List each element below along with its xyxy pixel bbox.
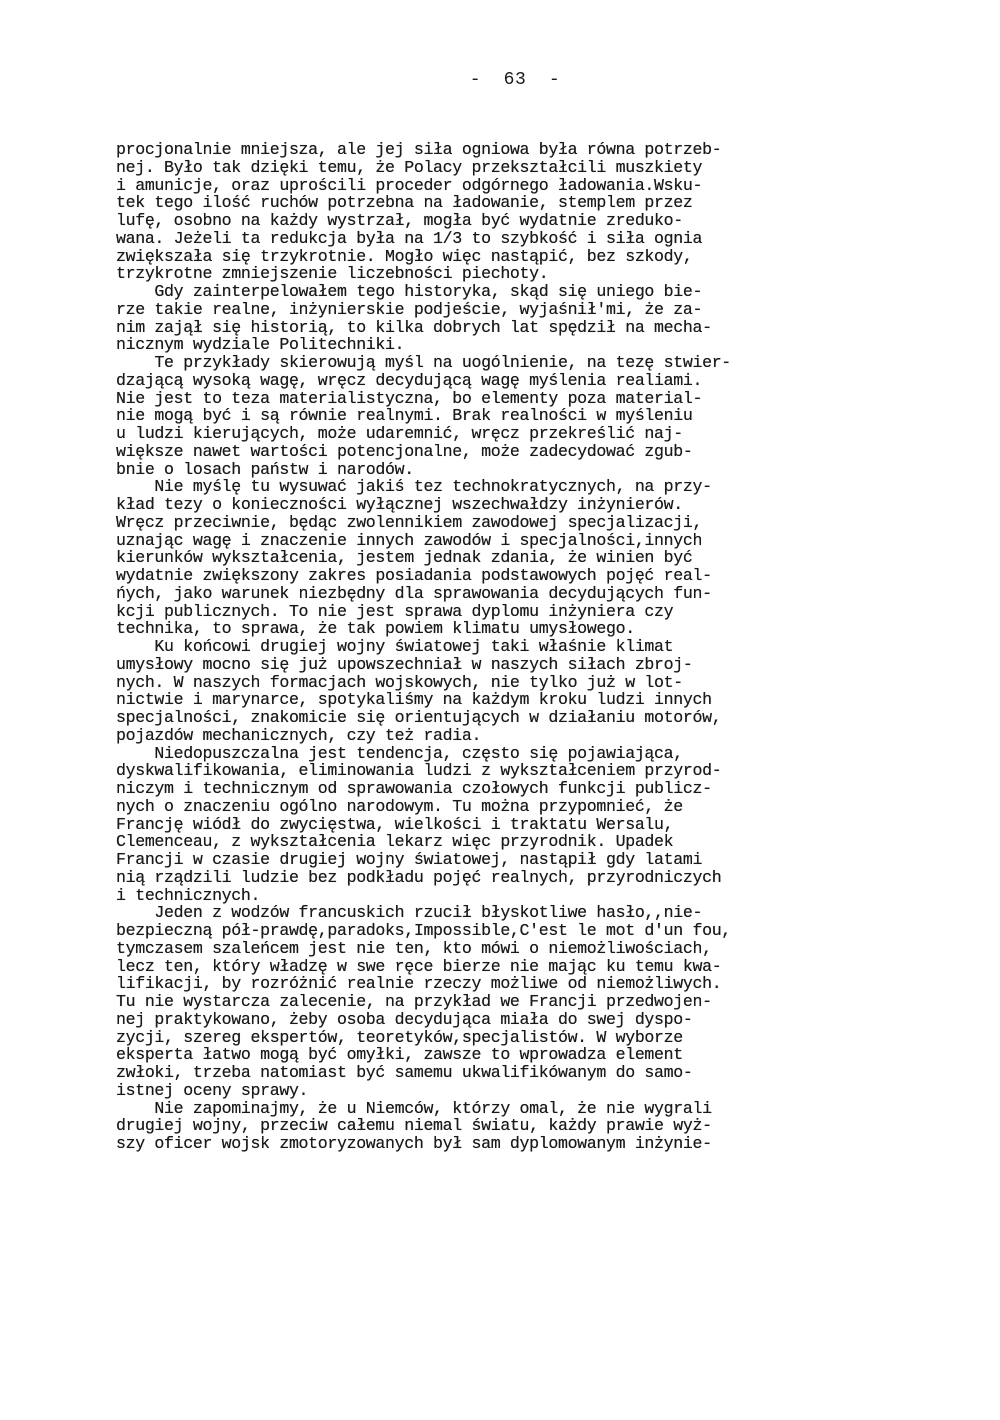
text-line: specjalności, znakomicie się orientujący… (116, 709, 906, 727)
text-line: trzykrotne zmniejszenie liczebności piec… (116, 265, 906, 283)
text-line: drugiej wojny, przeciw całemu niemal świ… (116, 1117, 906, 1135)
text-line: umysłowy mocno się już upowszechniał w n… (116, 656, 906, 674)
text-line: procjonalnie mniejsza, ale jej siła ogni… (116, 141, 906, 159)
text-line: dyskwalifikowania, eliminowania ludzi z … (116, 762, 906, 780)
text-line: nych. W naszych formacjach wojskowych, n… (116, 674, 906, 692)
text-line: nych o znaczeniu ogólno narodowym. Tu mo… (116, 798, 906, 816)
text-line: ńych, jako warunek niezbędny dla sprawow… (116, 585, 906, 603)
text-line: i amunicje, oraz uprościli proceder odgó… (116, 177, 906, 195)
text-line: Niedopuszczalna jest tendencja, często s… (116, 745, 906, 763)
text-line: zwiększała się trzykrotnie. Mogło więc n… (116, 248, 906, 266)
text-line: Francję wiódł do zwycięstwa, wielkości i… (116, 816, 906, 834)
text-line: Jeden z wodzów francuskich rzucił błysko… (116, 904, 906, 922)
text-line: Gdy zainterpelowałem tego historyka, ską… (116, 283, 906, 301)
text-line: eksperta łatwo mogą być omyłki, zawsze t… (116, 1046, 906, 1064)
text-line: nim zajął się historią, to kilka dobrych… (116, 319, 906, 337)
text-line: Tu nie wystarcza zalecenie, na przykład … (116, 993, 906, 1011)
text-line: Te przykłady skierowują myśl na uogólnie… (116, 354, 906, 372)
text-line: Nie myślę tu wysuwać jakiś tez technokra… (116, 478, 906, 496)
text-line: nie mogą być i są równie realnymi. Brak … (116, 407, 906, 425)
text-line: nictwie i marynarce, spotykaliśmy na każ… (116, 691, 906, 709)
text-line: zwłoki, trzeba natomiast być samemu ukwa… (116, 1064, 906, 1082)
text-line: większe nawet wartości potencjonalne, mo… (116, 443, 906, 461)
text-line: rze takie realne, inżynierskie podjeście… (116, 301, 906, 319)
text-line: Clemenceau, z wykształcenia lekarz więc … (116, 833, 906, 851)
text-line: zycji, szereg ekspertów, teoretyków,spec… (116, 1029, 906, 1047)
text-line: Wręcz przeciwnie, będąc zwolennikiem zaw… (116, 514, 906, 532)
text-line: bezpieczną pół-prawdę,paradoks,Impossibl… (116, 922, 906, 940)
text-line: lufę, osobno na każdy wystrzał, mogła by… (116, 212, 906, 230)
text-line: nią rządzili ludzie bez podkładu pojęć r… (116, 869, 906, 887)
text-line: wana. Jeżeli ta redukcja była na 1/3 to … (116, 230, 906, 248)
text-line: szy oficer wojsk zmotoryzowanych był sam… (116, 1135, 906, 1153)
text-line: wydatnie zwiększony zakres posiadania po… (116, 567, 906, 585)
text-line: nej. Było tak dzięki temu, że Polacy prz… (116, 159, 906, 177)
text-line: uznając wagę i znaczenie innych zawodów … (116, 532, 906, 550)
text-line: tek tego ilość ruchów potrzebna na ładow… (116, 194, 906, 212)
body-text: procjonalnie mniejsza, ale jej siła ogni… (116, 141, 906, 1153)
text-line: bnie o losach państw i narodów. (116, 461, 906, 479)
text-line: pojazdów mechanicznych, czy też radia. (116, 727, 906, 745)
text-line: nicznym wydziale Politechniki. (116, 336, 906, 354)
text-line: niczym i technicznym od sprawowania czoł… (116, 780, 906, 798)
text-line: dzającą wysoką wagę, wręcz decydującą wa… (116, 372, 906, 390)
text-line: Ku końcowi drugiej wojny światowej taki … (116, 638, 906, 656)
text-line: istnej oceny sprawy. (116, 1082, 906, 1100)
text-line: tymczasem szaleńcem jest nie ten, kto mó… (116, 940, 906, 958)
text-line: kcji publicznych. To nie jest sprawa dyp… (116, 603, 906, 621)
text-line: Nie zapominajmy, że u Niemców, którzy om… (116, 1100, 906, 1118)
text-line: Nie jest to teza materialistyczna, bo el… (116, 390, 906, 408)
text-line: technika, to sprawa, że tak powiem klima… (116, 620, 906, 638)
text-line: kierunków wykształcenia, jestem jednak z… (116, 549, 906, 567)
page-number: - 63 - (0, 70, 1000, 90)
text-line: kład tezy o konieczności wyłącznej wszec… (116, 496, 906, 514)
text-line: u ludzi kierujących, może udaremnić, wrę… (116, 425, 906, 443)
text-line: lecz ten, który władzę w swe ręce bierze… (116, 958, 906, 976)
text-line: nej praktykowano, żeby osoba decydująca … (116, 1011, 906, 1029)
text-line: lifikacji, by rozróżnić realnie rzeczy m… (116, 975, 906, 993)
text-line: Francji w czasie drugiej wojny światowej… (116, 851, 906, 869)
text-line: i technicznych. (116, 887, 906, 905)
